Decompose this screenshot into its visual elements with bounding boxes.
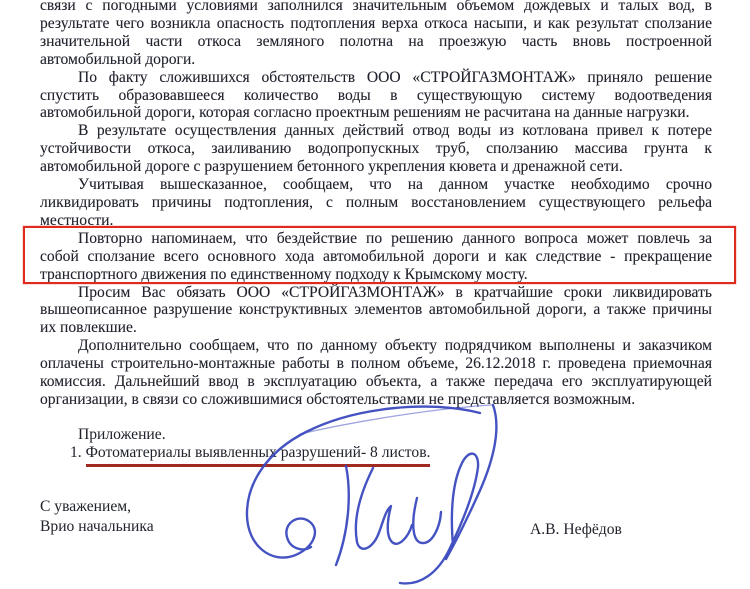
paragraph-line: По факту сложившихся обстоятельств ООО «… bbox=[40, 69, 712, 87]
paragraph: связи с погодными условиями заполнился з… bbox=[40, 0, 712, 69]
paragraph: В результате осуществления данных действ… bbox=[40, 122, 712, 176]
paragraph-line: автомобильной дороге с разрушением бетон… bbox=[40, 158, 712, 176]
letter-body: связи с погодными условиями заполнился з… bbox=[40, 0, 712, 409]
closing-salutation: С уважением, bbox=[40, 497, 154, 517]
attachment-item-text: Фотоматериалы выявленных разрушений- 8 л… bbox=[86, 444, 431, 467]
paragraph-line: Учитывая вышесказанное, сообщаем, что на… bbox=[40, 176, 712, 194]
paragraph-line: Дополнительно сообщаем, что по данному о… bbox=[40, 337, 712, 355]
paragraph-line: значительной части откоса земляного поло… bbox=[40, 33, 712, 51]
paragraph-line: автомобильной дороги, которая согласно п… bbox=[40, 104, 712, 122]
paragraph-line: автомобильной дороги. bbox=[40, 51, 712, 69]
paragraph: По факту сложившихся обстоятельств ООО «… bbox=[40, 69, 712, 123]
paragraph-line: В результате осуществления данных действ… bbox=[40, 122, 712, 140]
signer-name: А.В. Нефёдов bbox=[530, 520, 622, 540]
paragraph-line: связи с погодными условиями заполнился з… bbox=[40, 0, 712, 15]
closing-position: Врио начальника bbox=[40, 517, 154, 537]
attachment-item: 1. Фотоматериалы выявленных разрушений- … bbox=[70, 444, 712, 467]
paragraph-line: организации, в связи со сложившимися обс… bbox=[40, 391, 712, 409]
paragraph-line: Просим Вас обязать ООО «СТРОЙГАЗМОНТАЖ» … bbox=[40, 284, 712, 302]
paragraph: Просим Вас обязать ООО «СТРОЙГАЗМОНТАЖ» … bbox=[40, 284, 712, 338]
paragraph: Дополнительно сообщаем, что по данному о… bbox=[40, 337, 712, 409]
paragraph-line: вышеописанное разрушение конструктивных … bbox=[40, 301, 712, 319]
paragraph-line: их повлекшие. bbox=[40, 319, 712, 337]
paragraph-line: результате чего возникла опасность подто… bbox=[40, 15, 712, 33]
closing-block: С уважением, Врио начальника bbox=[40, 497, 154, 537]
attachment-heading: Приложение. bbox=[78, 426, 712, 444]
paragraph: Учитывая вышесказанное, сообщаем, что на… bbox=[40, 176, 712, 230]
attachment-item-number: 1. bbox=[70, 444, 86, 461]
paragraph-line: оплачены строительно-монтажные работы в … bbox=[40, 355, 712, 373]
scanned-letter-page: связи с погодными условиями заполнился з… bbox=[0, 0, 750, 589]
attachment-section: Приложение. 1. Фотоматериалы выявленных … bbox=[40, 426, 712, 467]
paragraph-line: устойчивости откоса, заиливанию водопроп… bbox=[40, 140, 712, 158]
paragraph-line: спустить образовавшееся количество воды … bbox=[40, 87, 712, 105]
paragraph-line: ликвидировать причины подтопления, с пол… bbox=[40, 194, 712, 212]
paragraph-line: комиссия. Дальнейший ввод в эксплуатацию… bbox=[40, 373, 712, 391]
highlight-box bbox=[23, 226, 736, 284]
highlighted-paragraph: Повторно напоминаем, что бездействие по … bbox=[40, 230, 712, 284]
